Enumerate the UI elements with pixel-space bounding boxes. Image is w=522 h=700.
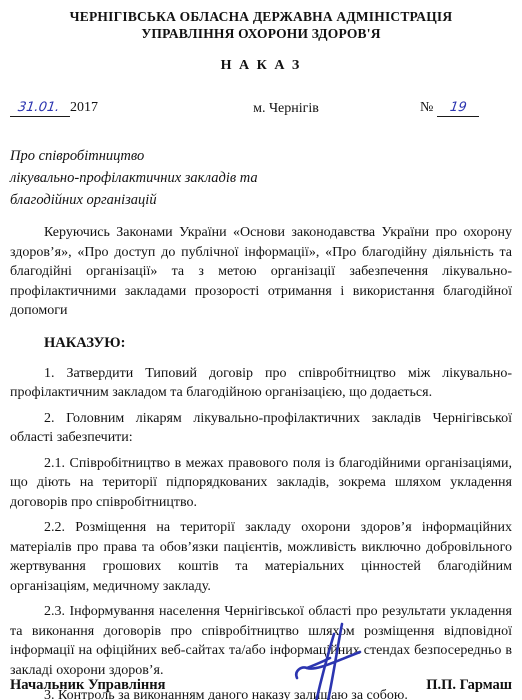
number-blank-line: 19: [437, 100, 479, 117]
subject-line-1: Про співробітництво: [10, 145, 310, 167]
subject-line-3: благодійних організацій: [10, 189, 310, 211]
date-blank-line: 31.01.: [10, 100, 70, 117]
order-item-2-1: 2.1. Співробітництво в межах правового п…: [10, 454, 512, 513]
order-item-2-2: 2.2. Розміщення на території закладу охо…: [10, 518, 512, 596]
date-number-row: 31.01.2017 м. Чернігів № 19: [10, 100, 512, 117]
printed-year: 2017: [70, 100, 98, 115]
organization-name-line2: УПРАВЛІННЯ ОХОРОНИ ЗДОРОВ'Я: [10, 25, 512, 42]
number-block: № 19: [392, 100, 512, 117]
signature-row: Начальник Управління П.П. Гармаш: [10, 677, 512, 694]
signer-title: Начальник Управління: [10, 677, 165, 694]
document-type-title: Н А К А З: [10, 58, 512, 74]
organization-header: ЧЕРНІГІВСЬКА ОБЛАСНА ДЕРЖАВНА АДМІНІСТРА…: [10, 8, 512, 42]
order-item-1: 1. Затвердити Типовий договір про співро…: [10, 364, 512, 403]
preamble-paragraph: Керуючись Законами України «Основи закон…: [10, 223, 512, 321]
document-page: ЧЕРНІГІВСЬКА ОБЛАСНА ДЕРЖАВНА АДМІНІСТРА…: [0, 0, 522, 700]
document-subject: Про співробітництво лікувально-профілакт…: [10, 145, 310, 211]
city-label: м. Чернігів: [180, 101, 392, 117]
handwritten-date: 31.01.: [17, 100, 60, 115]
order-item-2: 2. Головним лікарям лікувально-профілакт…: [10, 409, 512, 448]
subject-line-2: лікувально-профілактичних закладів та: [10, 167, 310, 189]
signer-name: П.П. Гармаш: [426, 677, 512, 694]
order-heading: НАКАЗУЮ:: [10, 335, 512, 352]
organization-name-line1: ЧЕРНІГІВСЬКА ОБЛАСНА ДЕРЖАВНА АДМІНІСТРА…: [10, 8, 512, 25]
number-label: №: [420, 100, 433, 115]
date-block: 31.01.2017: [10, 100, 180, 117]
handwritten-number: 19: [449, 100, 468, 115]
order-item-2-3: 2.3. Інформування населення Чернігівсько…: [10, 602, 512, 680]
